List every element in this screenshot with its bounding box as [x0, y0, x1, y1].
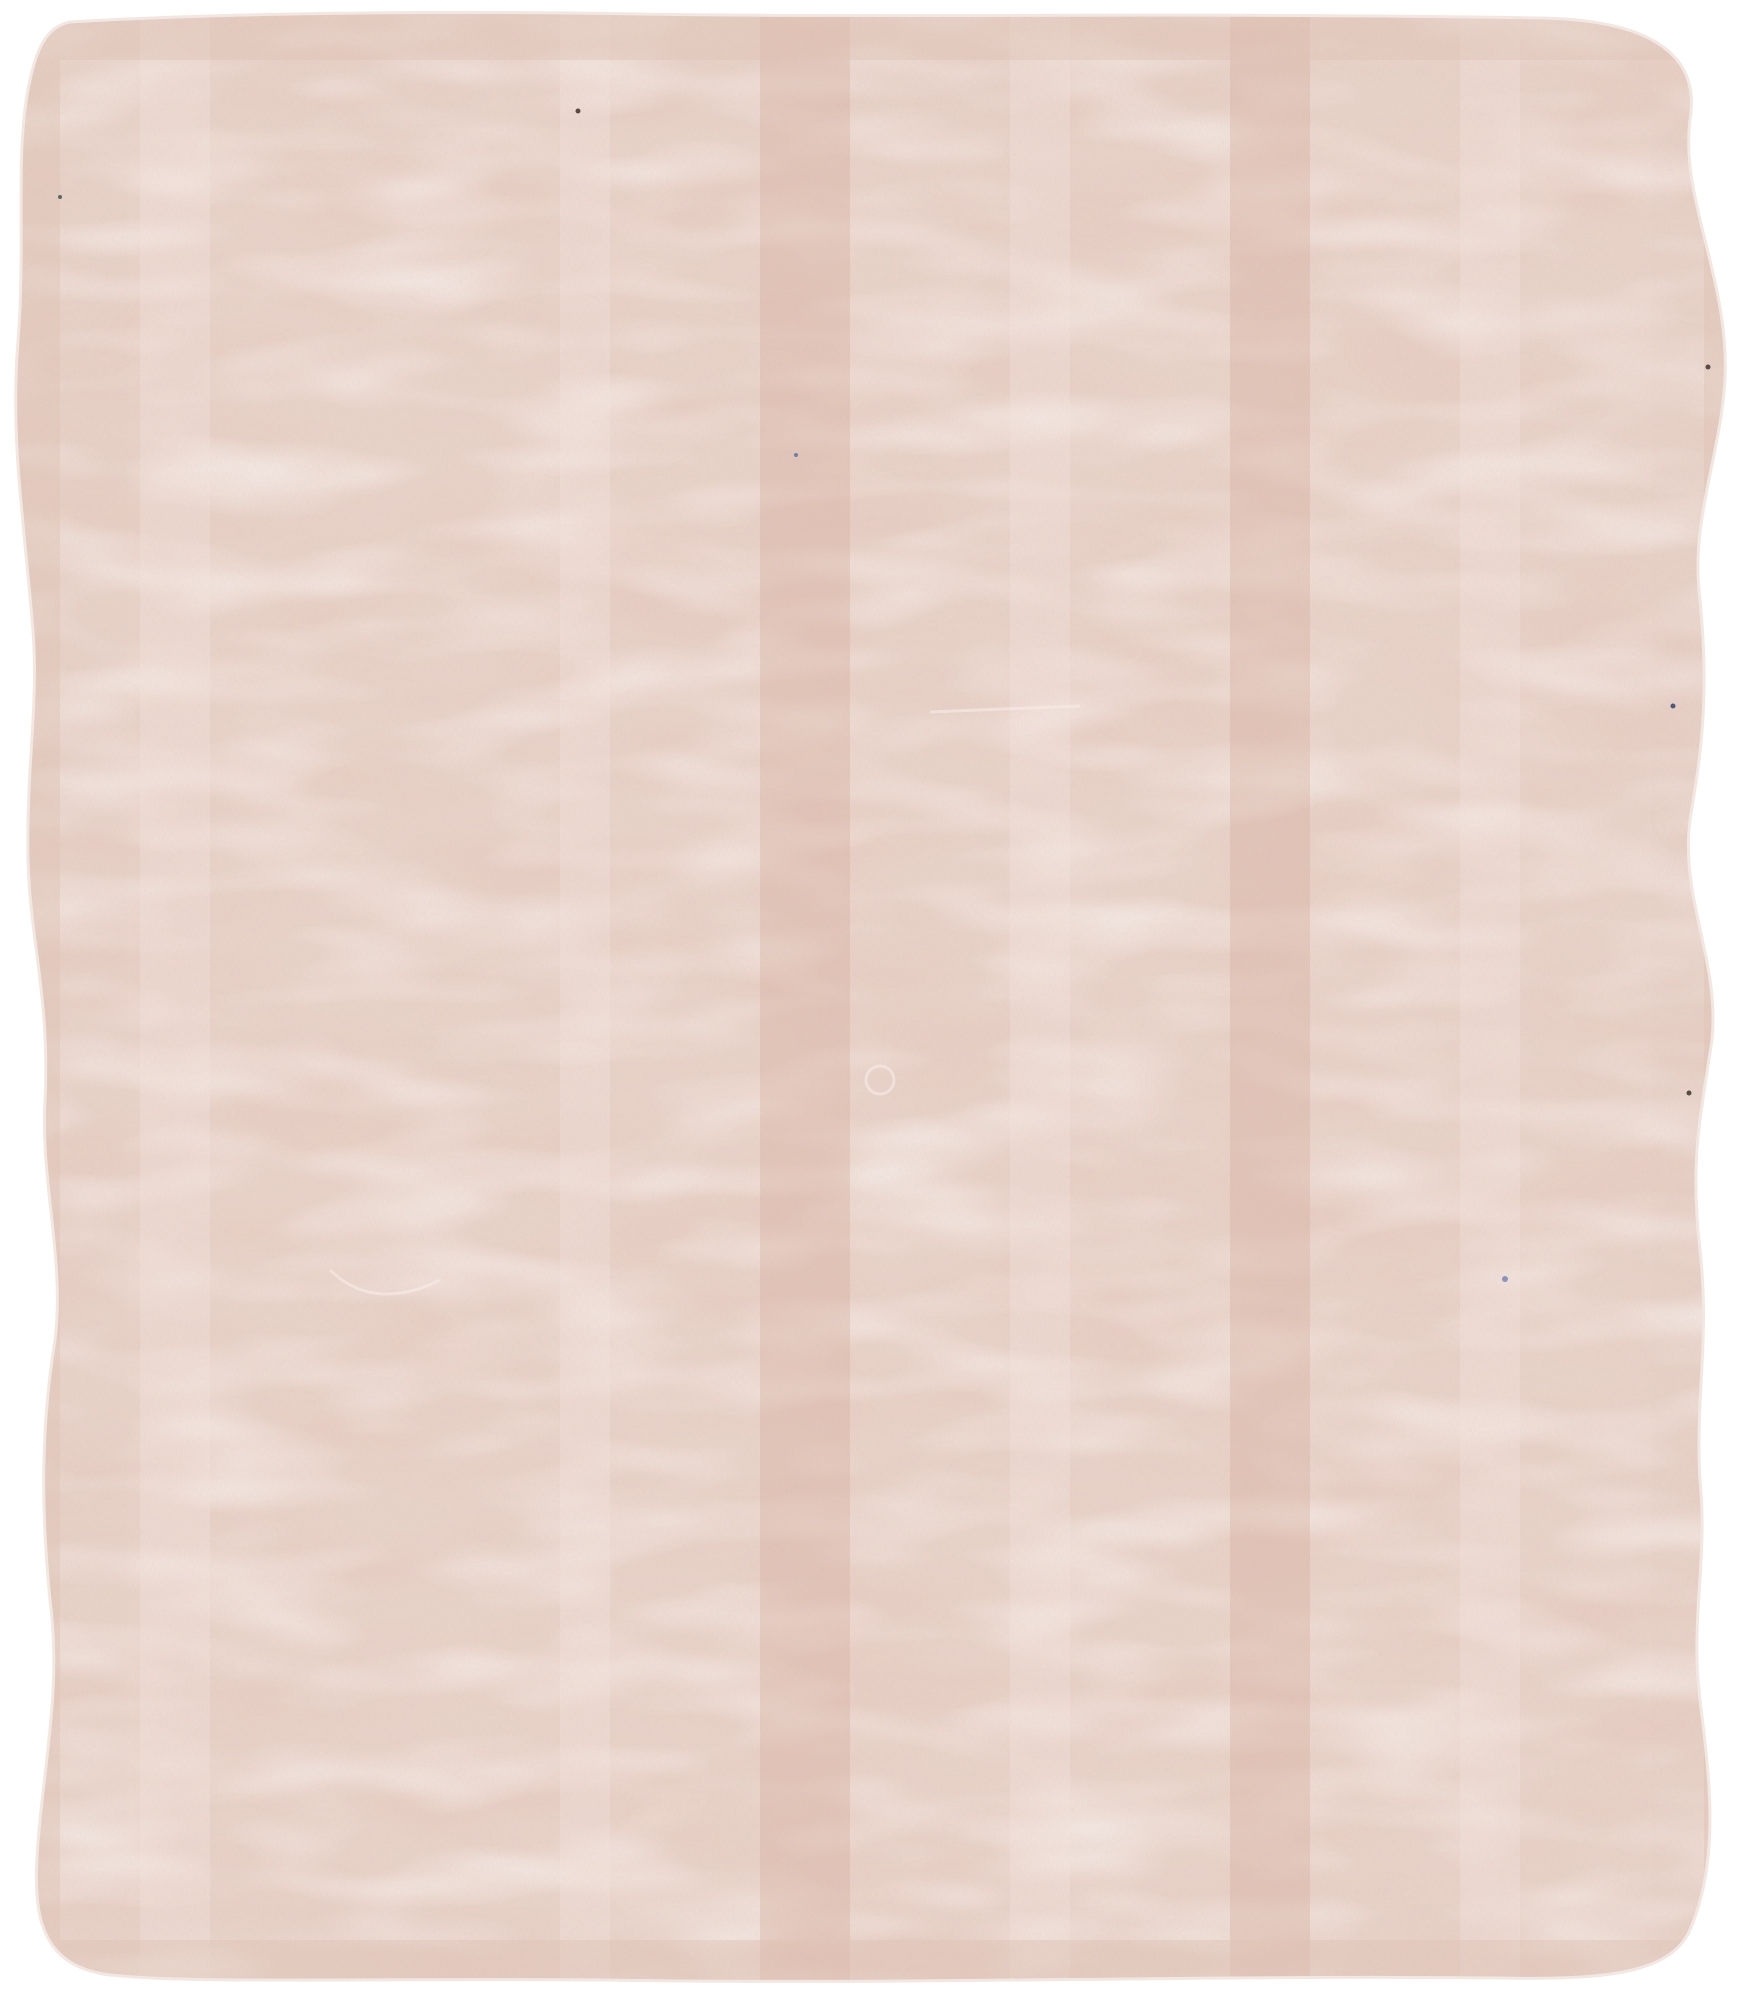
rug-body: [0, 0, 1764, 2000]
rug-photo: [0, 0, 1764, 2000]
photo-stage: [0, 0, 1764, 2000]
